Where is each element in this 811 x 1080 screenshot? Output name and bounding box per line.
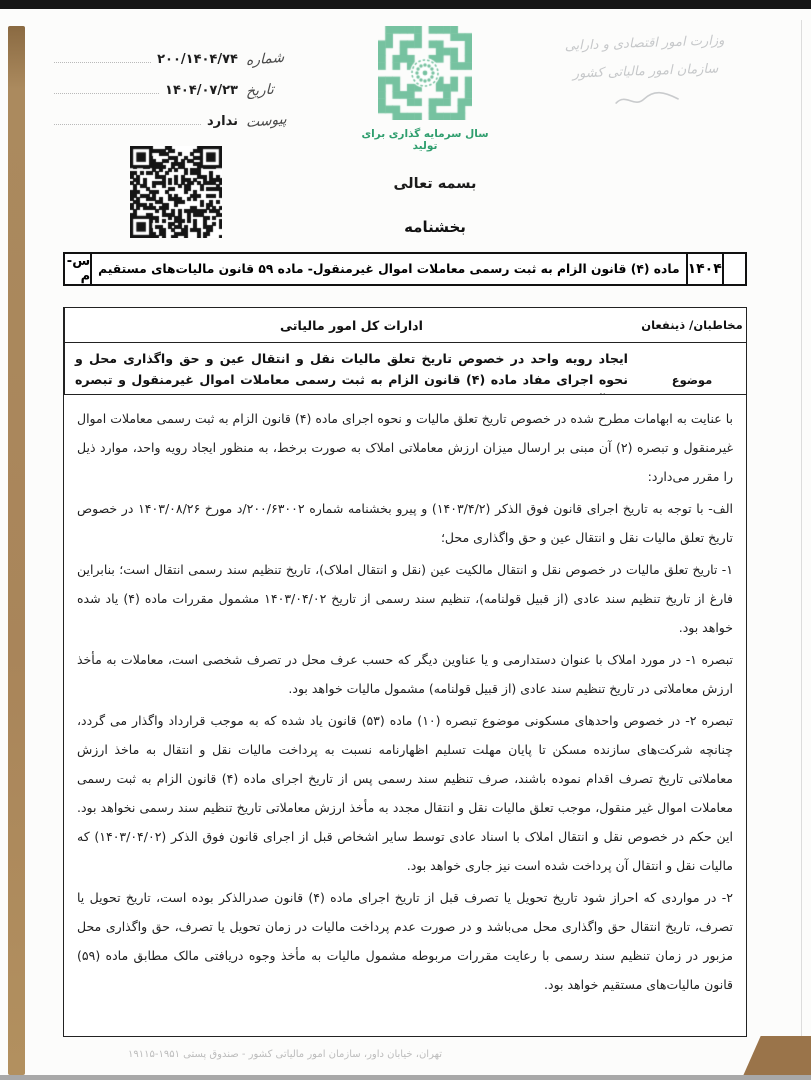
letterhead-calligraphy: وزارت امور اقتصادی و دارایی سازمان امور …	[527, 26, 765, 114]
classification-year-cell: ۱۴۰۴	[688, 254, 724, 284]
scan-bottom-edge	[0, 1075, 811, 1080]
corner-flap	[743, 1036, 811, 1076]
classification-row: ۱۴۰۴ ماده (۴) قانون الزام به ثبت رسمی مع…	[63, 252, 747, 286]
number-value: ۲۰۰/۱۴۰۴/۷۴	[157, 52, 238, 67]
dotted-rule	[54, 124, 201, 125]
page-edge-line	[801, 20, 802, 1070]
body-paragraph-intro: با عنایت به ابهامات مطرح شده در خصوص تار…	[77, 404, 733, 491]
scanned-circular-document: وزارت امور اقتصادی و دارایی سازمان امور …	[0, 0, 811, 1080]
classification-code-cell: س-م	[65, 254, 92, 284]
audience-row: مخاطبان/ ذینفعان ادارات کل امور مالیاتی	[64, 308, 746, 342]
document-meta: شماره ۲۰۰/۱۴۰۴/۷۴ تاریخ ۱۴۰۴/۰۷/۲۳ پیوست…	[52, 36, 292, 129]
dotted-rule	[54, 93, 159, 94]
tax-organization-logo-icon	[378, 26, 472, 120]
document-type-heading: بخشنامه	[355, 218, 515, 236]
besmeh-taali-heading: بسمه تعالی	[355, 176, 515, 192]
attachment-label: پیوست	[246, 111, 292, 131]
date-value: ۱۴۰۴/۰۷/۲۳	[165, 83, 238, 98]
attachment-value: ندارد	[207, 114, 238, 129]
tax-logo-block: سال سرمایه گذاری برای تولید	[350, 26, 500, 152]
binding-strip	[8, 26, 25, 1075]
body-paragraph-2: ۲- در مواردی که احراز شود تاریخ تحویل یا…	[77, 883, 733, 999]
body-paragraph-tabsareh-1: تبصره ۱- در مورد املاک با عنوان دستدارمی…	[77, 645, 733, 703]
body-paragraph-alef: الف- با توجه به تاریخ اجرای قانون فوق ال…	[77, 494, 733, 552]
circular-body: با عنایت به ابهامات مطرح شده در خصوص تار…	[63, 394, 747, 1037]
scan-top-edge	[0, 0, 811, 9]
footer-address: تهران، خیابان داور، سازمان امور مالیاتی …	[95, 1049, 475, 1060]
body-paragraph-1: ۱- تاریخ تعلق مالیات در خصوص نقل و انتقا…	[77, 555, 733, 642]
body-paragraph-tabsareh-2: تبصره ۲- در خصوص واحدهای مسکونی موضوع تب…	[77, 706, 733, 880]
meta-number-row: شماره ۲۰۰/۱۴۰۴/۷۴	[52, 36, 292, 67]
classification-empty-cell	[724, 254, 745, 284]
logo-tagline: سال سرمایه گذاری برای تولید	[350, 128, 500, 152]
classification-title-cell: ماده (۴) قانون الزام به ثبت رسمی معاملات…	[92, 254, 687, 284]
meta-date-row: تاریخ ۱۴۰۴/۰۷/۲۳	[52, 67, 292, 98]
signature-flourish-icon	[611, 87, 682, 111]
audience-value: ادارات کل امور مالیاتی	[64, 308, 638, 342]
meta-attachment-row: پیوست ندارد	[52, 98, 292, 129]
dotted-rule	[54, 62, 151, 63]
audience-label: مخاطبان/ ذینفعان	[638, 308, 746, 342]
qr-code	[130, 146, 222, 238]
